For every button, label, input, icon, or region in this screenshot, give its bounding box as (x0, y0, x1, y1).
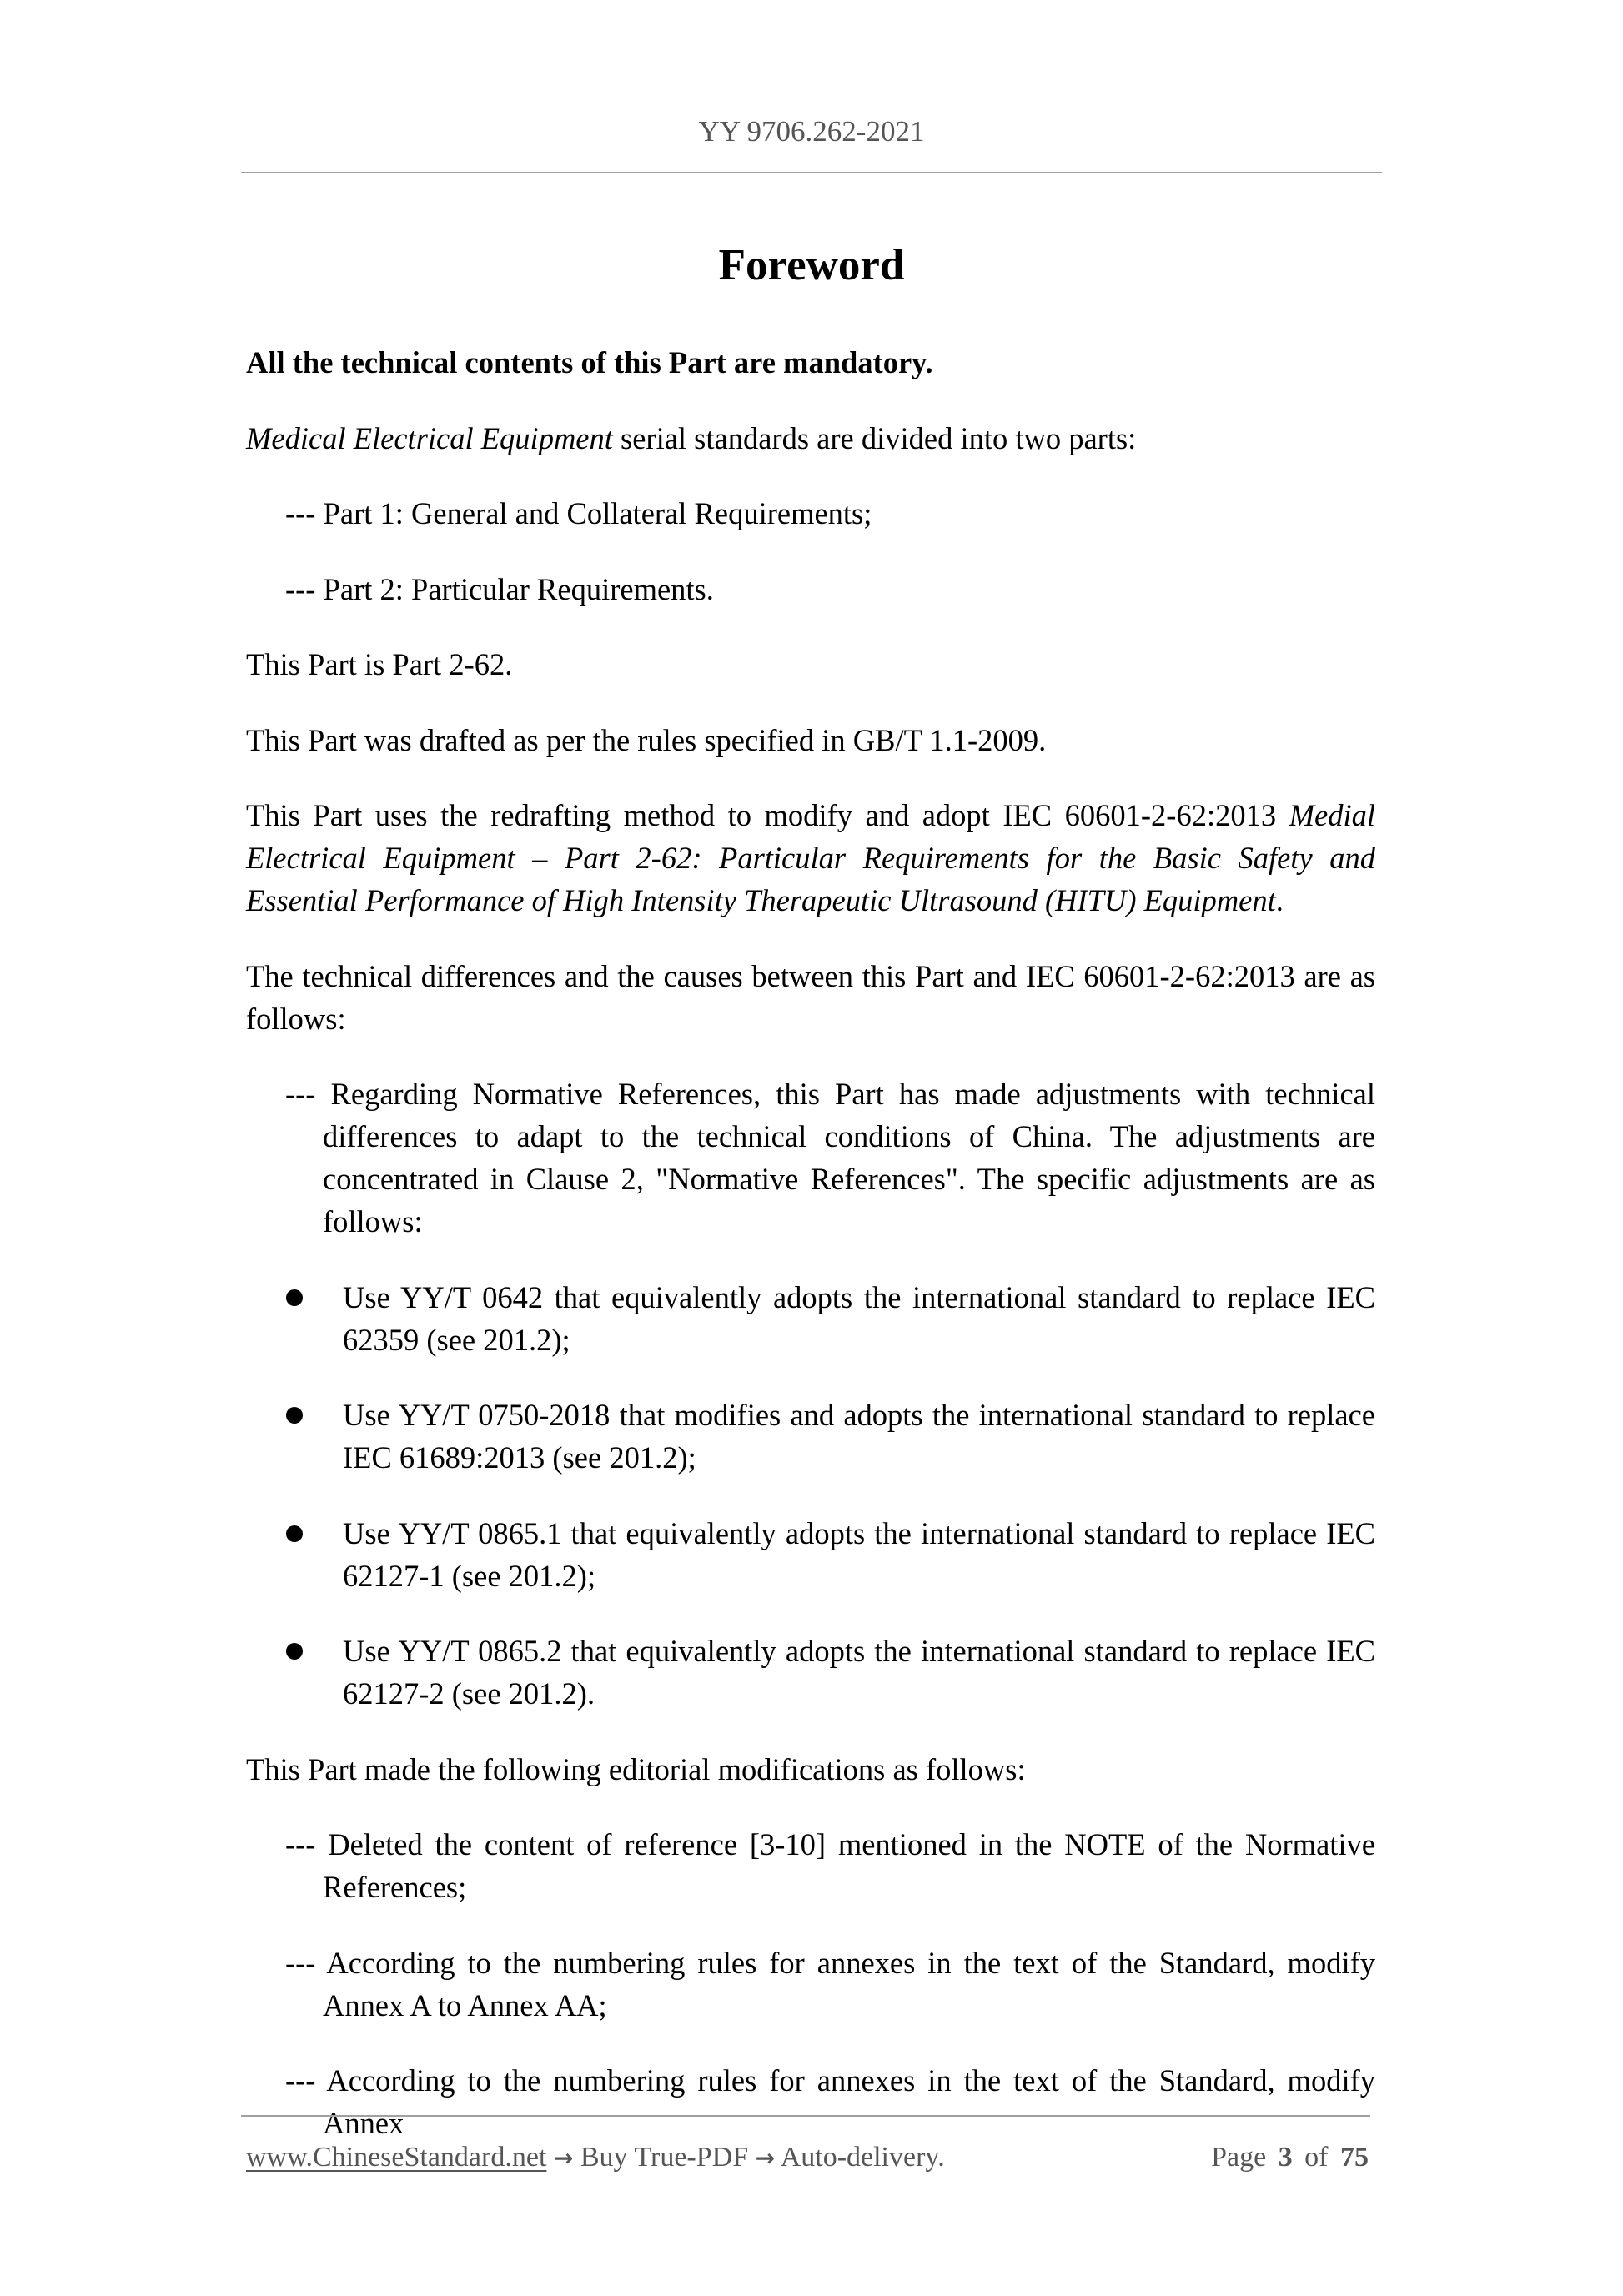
part-number-paragraph: This Part is Part 2-62. (246, 643, 1375, 686)
page-indicator: Page 3 of 75 (1211, 2141, 1369, 2174)
bullet-icon (286, 1643, 303, 1660)
delivery-text: Auto-delivery. (775, 2142, 945, 2173)
bullet-item: Use YY/T 0750-2018 that modifies and ado… (246, 1394, 1375, 1479)
page-footer: www.ChineseStandard.net → Buy True-PDF →… (246, 2141, 1375, 2175)
list-item: --- Part 1: General and Collateral Requi… (246, 492, 1375, 535)
bullet-icon (286, 1525, 303, 1542)
editorial-paragraph: This Part made the following editorial m… (246, 1748, 1375, 1791)
list-item: --- Regarding Normative References, this… (246, 1073, 1375, 1243)
footer-divider (241, 2115, 1370, 2117)
differences-paragraph: The technical differences and the causes… (246, 955, 1375, 1040)
bullet-text: Use YY/T 0750-2018 that modifies and ado… (343, 1398, 1375, 1475)
site-link[interactable]: www.ChineseStandard.net (246, 2142, 546, 2173)
page-current: 3 (1279, 2142, 1293, 2173)
series-text: serial standards are divided into two pa… (613, 421, 1136, 455)
list-item: --- According to the numbering rules for… (246, 2059, 1375, 2144)
bullet-item: Use YY/T 0865.1 that equivalently adopts… (246, 1512, 1375, 1597)
adoption-period: . (1276, 883, 1284, 917)
bullet-icon (286, 1289, 303, 1306)
page-of: of (1304, 2142, 1328, 2173)
spacer (546, 2142, 554, 2173)
page-label: Page (1211, 2142, 1266, 2173)
arrow-right-icon: → (756, 2144, 775, 2172)
page-total: 75 (1340, 2142, 1369, 2173)
mandatory-statement: All the technical contents of this Part … (246, 341, 1375, 384)
arrow-right-icon: → (554, 2144, 573, 2172)
series-title: Medical Electrical Equipment (246, 421, 613, 455)
bullet-text: Use YY/T 0865.1 that equivalently adopts… (343, 1516, 1375, 1593)
adoption-text: This Part uses the redrafting method to … (246, 798, 1289, 832)
page-title: Foreword (0, 238, 1623, 293)
header-divider (241, 172, 1382, 173)
adoption-paragraph: This Part uses the redrafting method to … (246, 794, 1375, 922)
drafting-rules-paragraph: This Part was drafted as per the rules s… (246, 719, 1375, 761)
foreword-body: All the technical contents of this Part … (246, 341, 1375, 2178)
list-item: --- Part 2: Particular Requirements. (246, 568, 1375, 610)
series-paragraph: Medical Electrical Equipment serial stan… (246, 417, 1375, 460)
list-item: --- Deleted the content of reference [3-… (246, 1823, 1375, 1908)
running-header: YY 9706.262-2021 (0, 113, 1623, 150)
bullet-text: Use YY/T 0865.2 that equivalently adopts… (343, 1634, 1375, 1711)
list-item: --- According to the numbering rules for… (246, 1942, 1375, 2027)
buy-text: Buy True-PDF (573, 2142, 755, 2173)
bullet-item: Use YY/T 0865.2 that equivalently adopts… (246, 1630, 1375, 1715)
bullet-text: Use YY/T 0642 that equivalently adopts t… (343, 1280, 1375, 1357)
bullet-item: Use YY/T 0642 that equivalently adopts t… (246, 1276, 1375, 1361)
bullet-icon (286, 1407, 303, 1424)
